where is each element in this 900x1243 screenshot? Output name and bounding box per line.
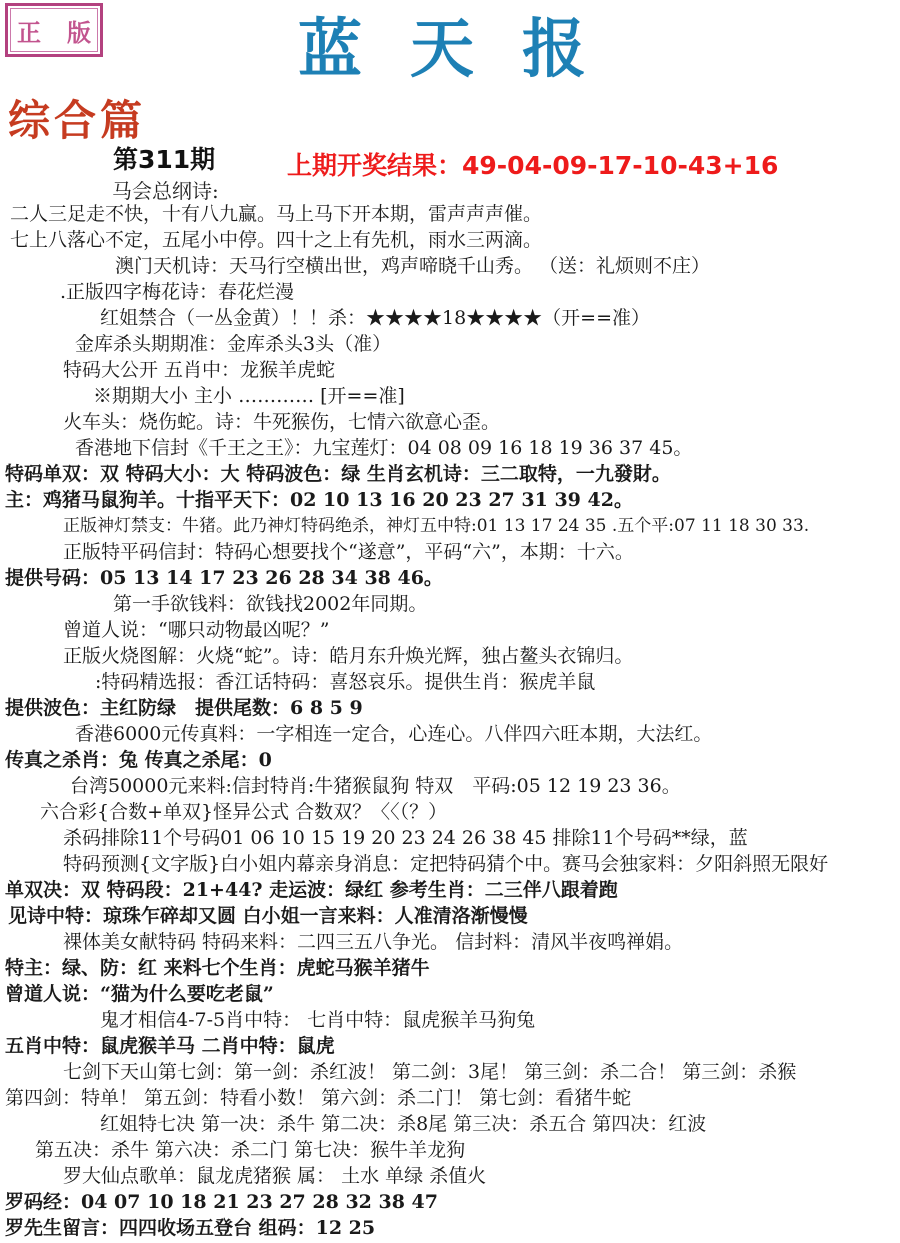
text-line: 裸体美女献特码 特码来料：二四三五八争光。 信封料：清风半夜鸣禅娟。 xyxy=(0,929,900,955)
text-line: 台湾50000元来料:信封特肖:牛猪猴鼠狗 特双 平码:05 12 19 23 … xyxy=(0,773,900,799)
text-line: 正版神灯禁支：牛猪。此乃神灯特码绝杀，神灯五中特:01 13 17 24 35 … xyxy=(0,513,900,539)
text-line: 正版火烧图解：火烧“蛇”。诗：皓月东升焕光辉，独占鳌头衣锦归。 xyxy=(0,643,900,669)
text-line: 澳门天机诗：天马行空横出世，鸡声啼晓千山秀。 （送：礼烦则不庄） xyxy=(0,253,900,279)
text-line: 红姐特七决 第一决：杀牛 第二决：杀8尾 第三决：杀五合 第四决：红波 xyxy=(0,1111,900,1137)
text-line: 六合彩{合数+单双}怪异公式 合数双？〈〈（？） xyxy=(0,799,900,825)
text-line: 曾道人说：“猫为什么要吃老鼠” xyxy=(0,981,900,1007)
text-line: 特码大公开 五肖中：龙猴羊虎蛇 xyxy=(0,357,900,383)
paper-title: 蓝天报 xyxy=(298,8,634,91)
text-line: 单双决：双 特码段：21+44? 走运波：绿红 参考生肖：二三伴八跟着跑 xyxy=(0,877,900,903)
text-line: 特码预测{文字版}白小姐内幕亲身消息：定把特码猜个中。赛马会独家料：夕阳斜照无限… xyxy=(0,851,900,877)
text-line: 鬼才相信4-7-5肖中特： 七肖中特：鼠虎猴羊马狗兔 xyxy=(0,1007,900,1033)
text-line: 第四剑：特单！ 第五剑：特看小数！ 第六剑：杀二门！ 第七剑：看猪牛蛇 xyxy=(0,1085,900,1111)
section-title: 综合篇 xyxy=(8,88,146,148)
text-line: 罗先生留言：四四收场五登台 组码：12 25 xyxy=(0,1215,900,1241)
text-line: 第五决：杀牛 第六决：杀二门 第七决：猴牛羊龙狗 xyxy=(0,1137,900,1163)
last-draw-label: 上期开奖结果： xyxy=(287,151,462,180)
text-line: 香港6000元传真料：一字相连一定合，心连心。八伴四六旺本期，大法红。 xyxy=(0,721,900,747)
text-line: 二人三足走不快，十有八九赢。马上马下开本期，雷声声声催。 xyxy=(0,201,900,227)
text-line: 提供波色：主红防绿 提供尾数：6 8 5 9 xyxy=(0,695,900,721)
issue-number: 第311期 xyxy=(113,140,215,176)
text-line: ※期期大小 主小 ………… [开==准] xyxy=(0,383,900,409)
text-line: .正版四字梅花诗：春花烂漫 xyxy=(0,279,900,305)
text-line: 七上八落心不定，五尾小中停。四十之上有先机，雨水三两滴。 xyxy=(0,227,900,253)
text-line: 罗大仙点歌单：鼠龙虎猪猴 属： 土水 单绿 杀值火 xyxy=(0,1163,900,1189)
text-line: 金库杀头期期准：金库杀头3头（准） xyxy=(0,331,900,357)
text-line: 红姐禁合（一丛金黄）！！杀：★★★★18★★★★（开==准） xyxy=(0,305,900,331)
text-line: 主：鸡猪马鼠狗羊。十指平天下：02 10 13 16 20 23 27 31 3… xyxy=(0,487,900,513)
newspaper-page: 正版 蓝天报 综合篇 第311期 上期开奖结果：49-04-09-17-10-4… xyxy=(0,0,900,1243)
text-line: 七剑下天山第七剑：第一剑：杀红波！ 第二剑：3尾！ 第三剑：杀二合！ 第三剑：杀… xyxy=(0,1059,900,1085)
text-line: 第一手欲钱料：欲钱找2002年同期。 xyxy=(0,591,900,617)
text-line: 传真之杀肖：兔 传真之杀尾：0 xyxy=(0,747,900,773)
text-line: 正版特平码信封：特码心想要找个“遂意”，平码“六”，本期：十六。 xyxy=(0,539,900,565)
text-line: 火车头：烧伤蛇。诗：牛死猴伤，七情六欲意心歪。 xyxy=(0,409,900,435)
text-line: :特码精选报：香江话特码：喜怒哀乐。提供生肖：猴虎羊鼠 xyxy=(0,669,900,695)
edition-badge: 正版 xyxy=(5,3,103,57)
edition-badge-label: 正版 xyxy=(0,13,117,48)
text-line: 提供号码：05 13 14 17 23 26 28 34 38 46。 xyxy=(0,565,900,591)
tips-text-block: 二人三足走不快，十有八九赢。马上马下开本期，雷声声声催。 七上八落心不定，五尾小… xyxy=(0,201,900,1241)
text-line: 见诗中特：琼珠乍碎却又圆 白小姐一言来料：人准清洛渐慢慢 xyxy=(0,903,900,929)
intro-label: 马会总纲诗: xyxy=(112,175,219,204)
text-line: 五肖中特：鼠虎猴羊马 二肖中特：鼠虎 xyxy=(0,1033,900,1059)
text-line: 特主：绿、防：红 来料七个生肖：虎蛇马猴羊猪牛 xyxy=(0,955,900,981)
last-draw-result: 上期开奖结果：49-04-09-17-10-43+16 xyxy=(287,146,778,182)
text-line: 罗码经：04 07 10 18 21 23 27 28 32 38 47 xyxy=(0,1189,900,1215)
last-draw-numbers: 49-04-09-17-10-43+16 xyxy=(462,151,778,180)
text-line: 香港地下信封《千王之王》：九宝莲灯：04 08 09 16 18 19 36 3… xyxy=(0,435,900,461)
text-line: 曾道人说：“哪只动物最凶呢？” xyxy=(0,617,900,643)
text-line: 特码单双：双 特码大小：大 特码波色：绿 生肖玄机诗：三二取特，一九發財。 xyxy=(0,461,900,487)
text-line: 杀码排除11个号码01 06 10 15 19 20 23 24 26 38 4… xyxy=(0,825,900,851)
